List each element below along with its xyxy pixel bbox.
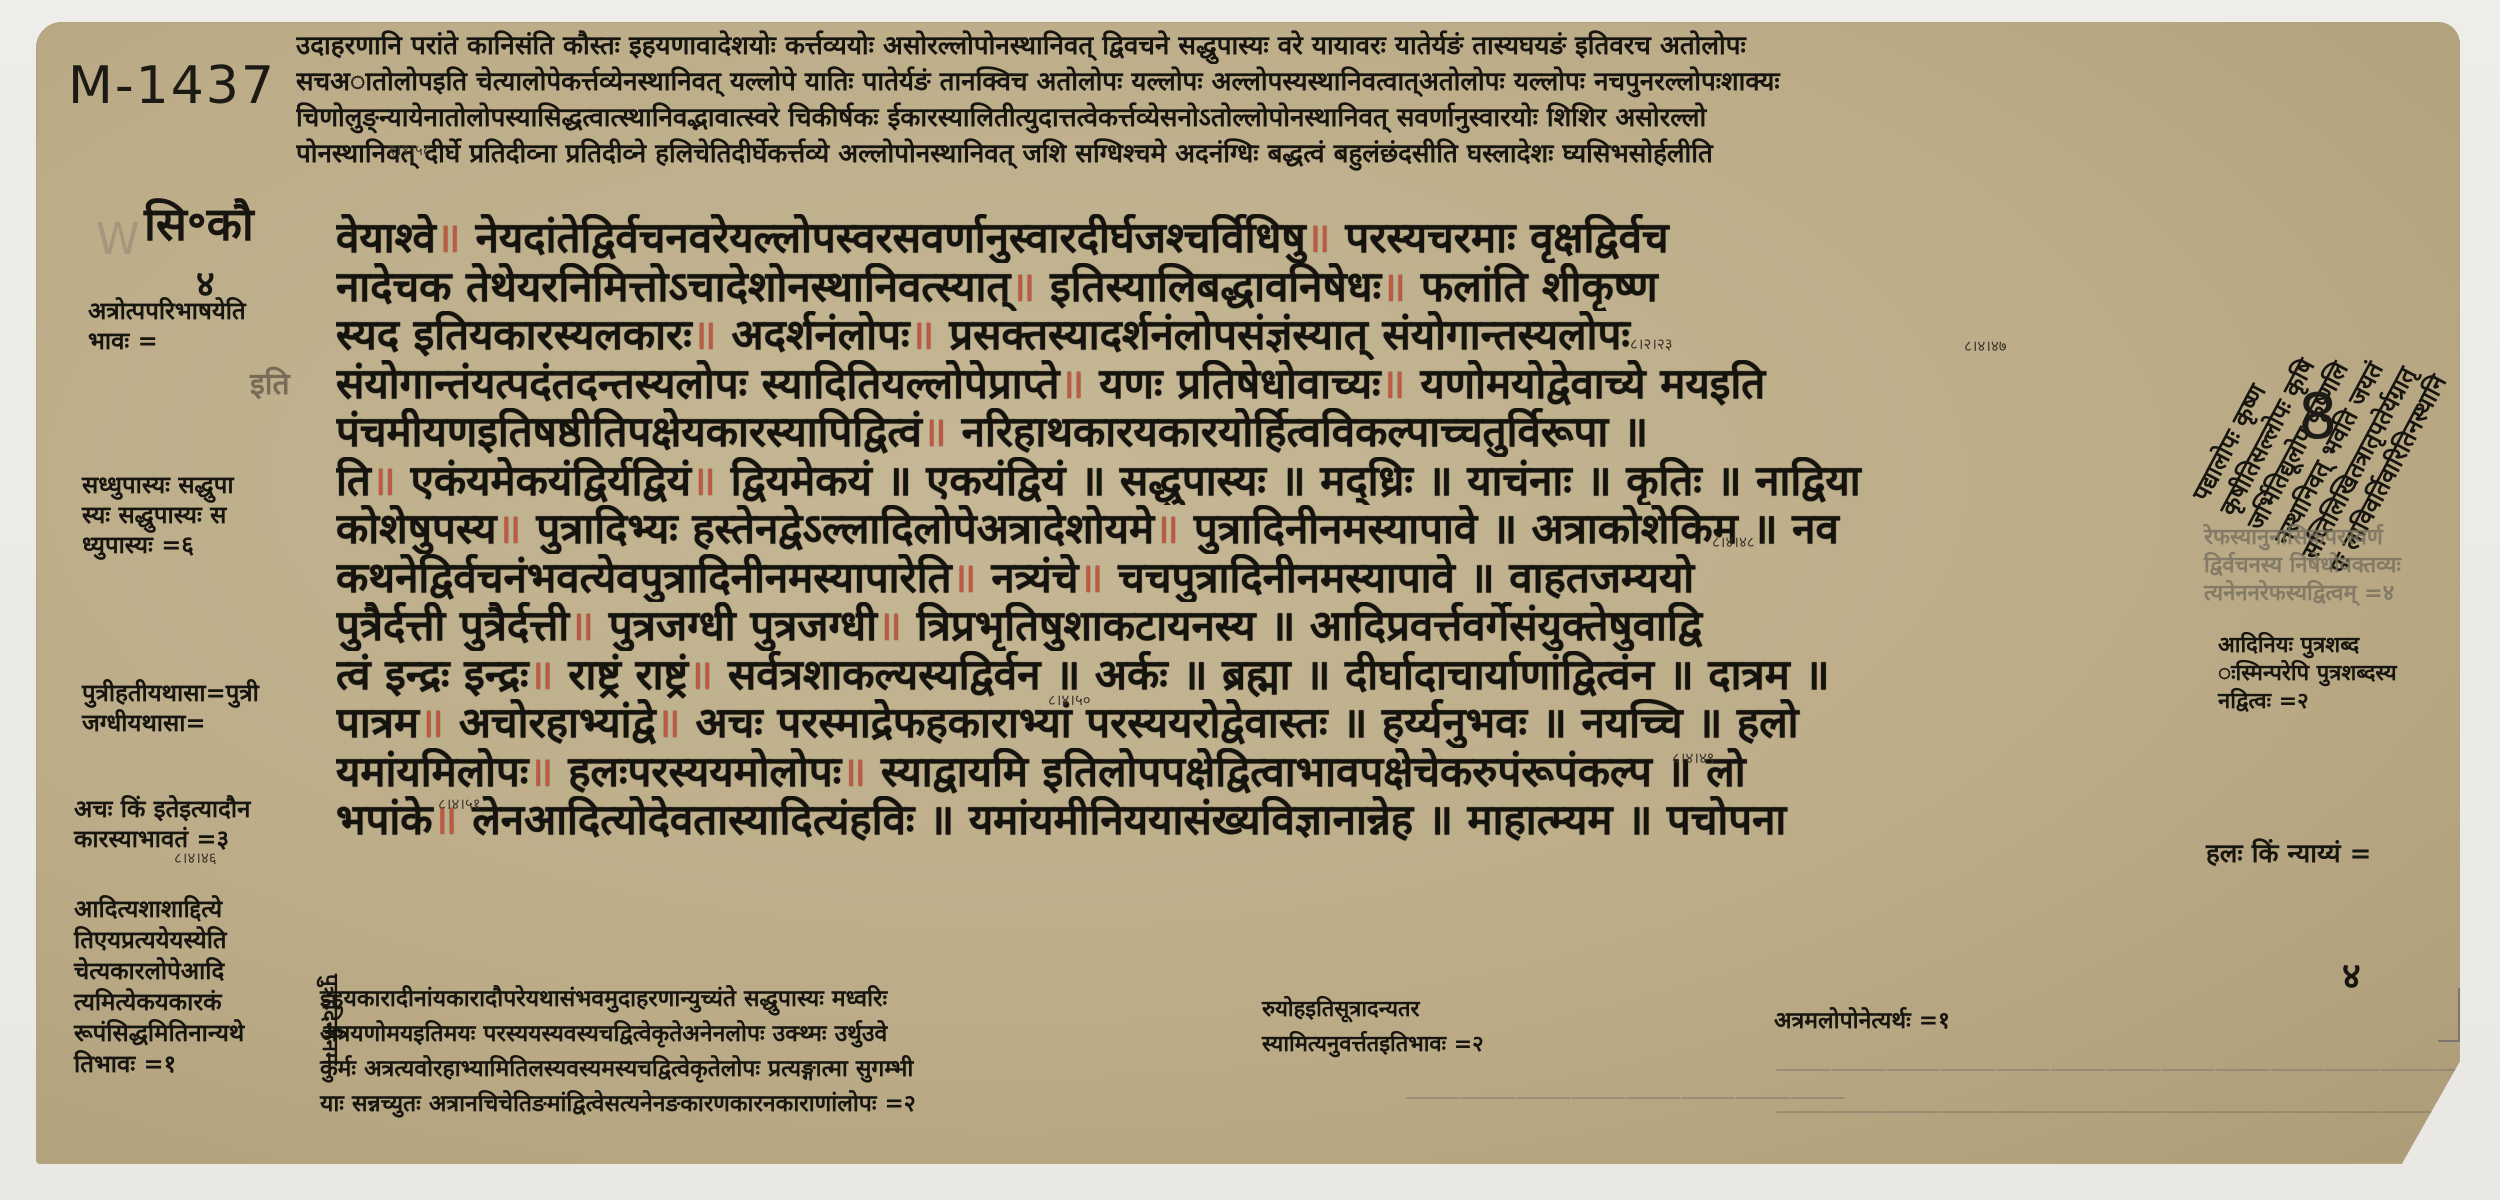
note-line: स्यामित्यनुवर्त्ततइतिभावः =२: [1262, 1027, 1484, 1062]
commentary-line: अत्रयणोमयइतिमयः परस्ययस्यवस्यचद्वित्वेकृ…: [320, 1017, 916, 1052]
sutra-number: ८।२।२३: [1630, 334, 1673, 354]
faint-right-note: रेफस्यानुनासिकपरस्वर्ण द्विर्वचनस्य निषे…: [2204, 524, 2401, 608]
main-text-line: यमांयमिलोपः॥ हलःपरस्ययमोलोपः॥ स्याद्वायम…: [336, 748, 2216, 797]
note-line: नद्वित्वः =२: [2218, 688, 2397, 716]
note-line: द्विर्वचनस्य निषेधोवक्तव्यः: [2204, 552, 2401, 580]
main-text-line: ति॥ एकंयमेकयंद्विर्यद्वियं॥ द्वियमेकयं ॥…: [336, 457, 2216, 506]
sutra-number: ८।४।५१: [438, 794, 481, 814]
main-text-line: पात्रम॥ अचोरहाभ्यांद्वे॥ अचः परस्माद्रेफ…: [336, 699, 2216, 748]
folio-number: 8: [2298, 380, 2337, 453]
main-text-line: वेयाश्वे॥ नेयदांतेद्विर्वचनवरेयल्लोपस्वर…: [336, 214, 2216, 263]
main-text-line: नादेचक तेथेयरनिमित्तोऽचादेशोनस्थानिवत्स्…: [336, 263, 2216, 312]
note-line: अत्रोत्पपरिभाषयेति: [88, 296, 246, 326]
main-text-line: कथनेद्विर्वचनंभवत्येवपुत्रादिनीनमस्यापार…: [336, 554, 2216, 603]
note-line: त्यमित्येकयकारकं: [74, 987, 244, 1018]
main-text-line: संयोगान्तंयत्पदंतदन्तस्यलोपः स्यादितियल्…: [336, 360, 2216, 409]
sutra-number: ८।४।४६: [174, 848, 217, 868]
diagonal-marginal-gloss: पद्यालोपः कृष्ण कृषीतिसल्लोपः कृषि जर्भि…: [2186, 174, 2500, 689]
sutra-number: ८।४।४७: [1964, 336, 2007, 356]
note-line: रेफस्यानुनासिकपरस्वर्ण: [2204, 524, 2401, 552]
note-line: चेत्यकारलोपेआदि: [74, 956, 244, 987]
note-line: सध्धुपास्यः सद्धुपा: [82, 470, 234, 500]
note-line: तिएयप्रत्ययेयस्येति: [74, 925, 244, 956]
commentary-line: इहयकारादीनांयकारादौपरेयथासंभवमुदाहरणान्य…: [320, 982, 916, 1017]
offset-ghost-text: ⸻⸻⸻⸻⸻⸻⸻⸻⸻⸻⸻⸻⸻⸻⸻⸻⸻⸻⸻⸻⸻: [1776, 1050, 2500, 1090]
note-line: रूपंसिद्धमितिनान्यथे: [74, 1018, 244, 1049]
bottom-leaf-number: ४: [2342, 950, 2361, 999]
bottom-commentary: इहयकारादीनांयकारादौपरेयथासंभवमुदाहरणान्य…: [320, 982, 916, 1122]
note-line: रुयोहइतिसूत्रादन्यतर: [1262, 992, 1484, 1027]
left-margin-note: पुत्रीहतीयथासा=पुत्री जग्धीयथासा=: [82, 678, 259, 738]
faint-marginal-mark: इति: [250, 362, 290, 403]
main-text-line: पंचमीयणइतिषष्ठीतिपक्षेयकारस्यापिद्वित्वं…: [336, 408, 2216, 457]
sutra-reference: १।१।५८: [388, 140, 431, 160]
corner-tick-mark: [2438, 988, 2460, 1042]
note-line: तिभावः =१: [74, 1049, 244, 1080]
main-text-line: पुत्रैर्दत्ती पुत्रैर्दत्ती॥ पुत्रजग्धी …: [336, 602, 2216, 651]
marginal-title: सि॰कौ: [144, 192, 254, 254]
commentary-line: सचअातोलोपइति चेत्यालोपेकर्त्तव्येनस्थानि…: [296, 64, 2216, 100]
faint-offset-mark: W: [96, 214, 140, 265]
main-text-line: कोशेषुपस्य॥ पुत्रादिभ्यः हस्तेनद्वेऽल्ला…: [336, 505, 2216, 554]
note-line: पुत्रीहतीयथासा=पुत्री: [82, 678, 259, 708]
shelfmark-label: M-1437: [68, 56, 276, 116]
left-margin-note: आदित्यशाशाद्दित्ये तिएयप्रत्ययेयस्येति च…: [74, 894, 244, 1080]
left-margin-note: अत्रोत्पपरिभाषयेति भावः =: [88, 296, 246, 356]
commentary-line: चिणोलुङ्न्यायेनातोलोपस्यासिद्धत्वात्स्था…: [296, 100, 2216, 136]
note-line: ःस्मिन्परेपि पुत्रशब्दस्य: [2218, 660, 2397, 688]
note-line: भावः =: [88, 326, 246, 356]
offset-ghost-text: ⸻⸻⸻⸻⸻⸻⸻⸻⸻⸻⸻⸻⸻⸻⸻⸻⸻⸻⸻⸻⸻: [1776, 1092, 2500, 1132]
main-text-block: वेयाश्वे॥ नेयदांतेद्विर्वचनवरेयल्लोपस्वर…: [336, 214, 2216, 845]
note-line: आदिनियः पुत्रशब्द: [2218, 632, 2397, 660]
main-text-line: त्वं इन्द्रः इन्द्रः॥ राष्ट्रं राष्ट्रं॥…: [336, 651, 2216, 700]
danda-mark: ॥: [436, 214, 461, 262]
mount-background: M-1437 W उदाहरणानि परांते कानिसंति कौस्त…: [0, 0, 2500, 1200]
commentary-line: याः सन्नच्युतः अत्रानचिचेतिङमांद्वित्वेस…: [320, 1087, 916, 1122]
note-line: जग्धीयथासा=: [82, 708, 259, 738]
note-line: आदित्यशाशाद्दित्ये: [74, 894, 244, 925]
right-margin-note: आदिनियः पुत्रशब्द ःस्मिन्परेपि पुत्रशब्द…: [2218, 632, 2397, 716]
note-line: कारस्याभावतं =३: [74, 824, 250, 854]
main-text-line: स्यद इतियकारस्यलकारः॥ अदर्शनंलोपः॥ प्रसक…: [336, 311, 2216, 360]
commentary-line: कुर्मः अत्रत्यवोरहाभ्यामितिलस्यवस्यमस्यच…: [320, 1052, 916, 1087]
note-line: अचः किं इतेइत्यादौन: [74, 794, 250, 824]
bottom-right-note: अत्रमलोपोनेत्यर्थः =१: [1774, 1004, 1950, 1039]
right-margin-note: हलः किं न्याय्यं =: [2206, 840, 2371, 868]
left-margin-note: सध्धुपास्यः सद्धुपा स्यः सद्धुपास्यः स ध…: [82, 470, 234, 560]
sutra-number: ८।४।५०: [1048, 690, 1091, 710]
manuscript-folio: M-1437 W उदाहरणानि परांते कानिसंति कौस्त…: [36, 22, 2460, 1164]
left-margin-note: अचः किं इतेइत्यादौन कारस्याभावतं =३: [74, 794, 250, 854]
main-text-line: भपांके॥ लेनआदित्योदेवतास्यादित्यंहविः ॥ …: [336, 796, 2216, 845]
note-line: त्यनेननरेफस्यद्वित्वम् =४: [2204, 580, 2401, 608]
note-line: स्यः सद्धुपास्यः स: [82, 500, 234, 530]
sutra-number: ८।४।४९: [1672, 748, 1715, 768]
note-line: ध्युपास्यः =६: [82, 530, 234, 560]
top-commentary: उदाहरणानि परांते कानिसंति कौस्तः इहयणावा…: [296, 28, 2216, 172]
sutra-number: ८।४।४८: [1712, 532, 1755, 552]
commentary-line: उदाहरणानि परांते कानिसंति कौस्तः इहयणावा…: [296, 28, 2216, 64]
commentary-line: पोनस्थानिवत् दीर्घे प्रतिदीव्ना प्रतिदीव…: [296, 136, 2216, 172]
offset-ghost-text: ⸻⸻⸻⸻⸻⸻⸻⸻: [1406, 1078, 1845, 1118]
bottom-side-note: रुयोहइतिसूत्रादन्यतर स्यामित्यनुवर्त्ततइ…: [1262, 992, 1484, 1062]
